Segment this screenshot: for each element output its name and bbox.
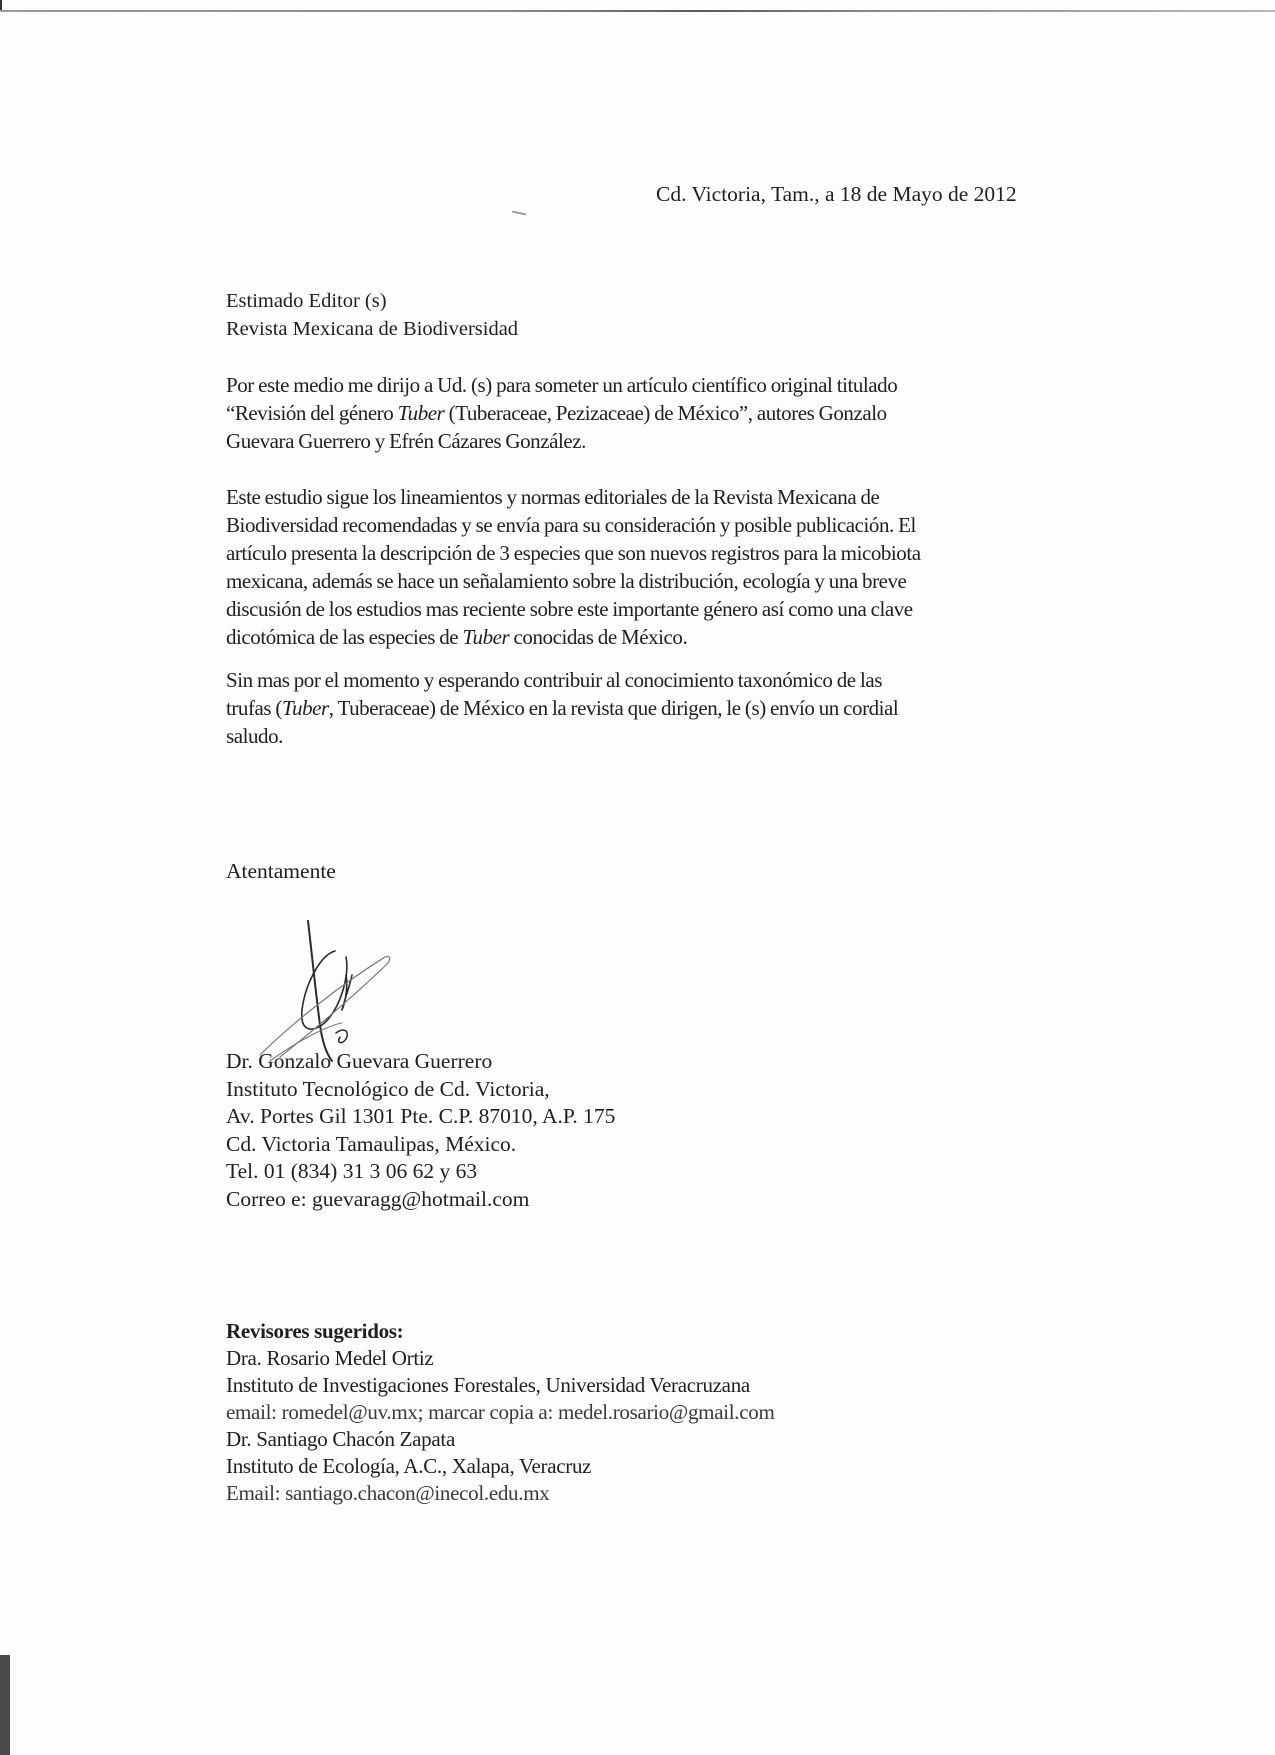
recipient-journal: Revista Mexicana de Biodiversidad	[226, 315, 518, 343]
scan-top-edge	[0, 10, 1275, 12]
paragraph-description: Este estudio sigue los lineamientos y no…	[226, 483, 1106, 651]
genus-italic: Tuber	[462, 625, 509, 649]
handwritten-signature	[250, 915, 410, 1065]
reviewer-name: Dra. Rosario Medel Ortiz	[226, 1345, 775, 1372]
suggested-reviewers: Revisores sugeridos: Dra. Rosario Medel …	[226, 1318, 775, 1507]
reviewer-affiliation: Instituto de Investigaciones Forestales,…	[226, 1372, 775, 1399]
recipient-salutation: Estimado Editor (s)	[226, 287, 387, 315]
scan-left-edge-shadow	[0, 1655, 10, 1755]
reviewer-affiliation: Instituto de Ecología, A.C., Xalapa, Ver…	[226, 1453, 775, 1480]
signatory-block: Dr. Gonzalo Guevara Guerrero Instituto T…	[226, 1048, 615, 1213]
genus-italic: Tuber	[282, 696, 329, 720]
paragraph-closing: Sin mas por el momento y esperando contr…	[226, 666, 1106, 750]
signatory-email: Correo e: guevaragg@hotmail.com	[226, 1186, 615, 1214]
reviewer-contact: Email: santiago.chacon@inecol.edu.mx	[226, 1480, 775, 1507]
reviewer-contact: email: romedel@uv.mx; marcar copia a: me…	[226, 1399, 775, 1426]
date-line: Cd. Victoria, Tam., a 18 de Mayo de 2012	[656, 180, 1017, 208]
reviewers-heading: Revisores sugeridos:	[226, 1318, 775, 1345]
signatory-address: Av. Portes Gil 1301 Pte. C.P. 87010, A.P…	[226, 1103, 615, 1131]
signatory-name: Dr. Gonzalo Guevara Guerrero	[226, 1048, 615, 1076]
signatory-phone: Tel. 01 (834) 31 3 06 62 y 63	[226, 1158, 615, 1186]
signatory-city: Cd. Victoria Tamaulipas, México.	[226, 1131, 615, 1159]
genus-italic: Tuber	[398, 401, 445, 425]
paragraph-submission: Por este medio me dirijo a Ud. (s) para …	[226, 371, 1106, 455]
scan-smudge-mark	[512, 211, 526, 216]
closing-word: Atentamente	[226, 857, 336, 885]
signatory-institution: Instituto Tecnológico de Cd. Victoria,	[226, 1076, 615, 1104]
reviewer-name: Dr. Santiago Chacón Zapata	[226, 1426, 775, 1453]
